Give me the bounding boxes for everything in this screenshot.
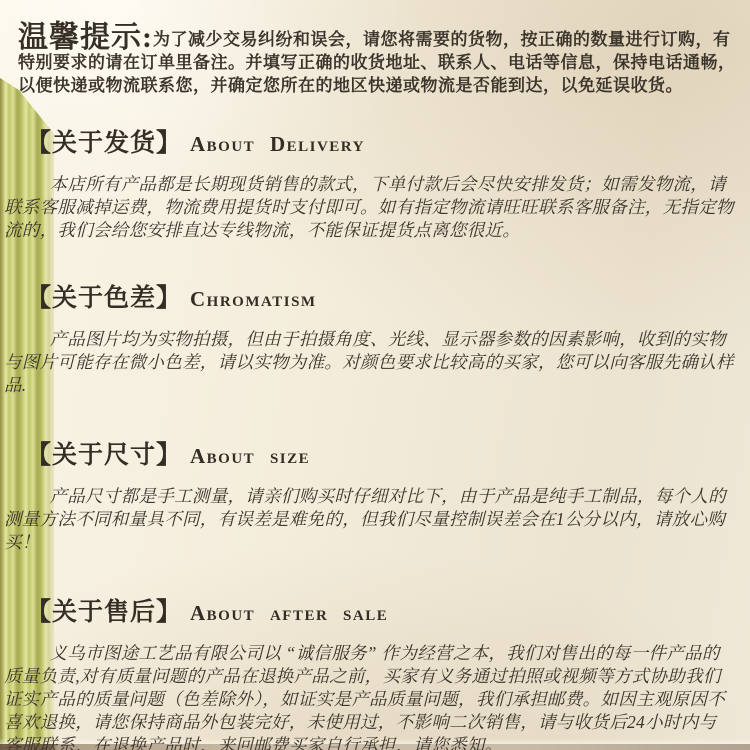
section-chromatism-header: 【关于色差】Chromatism xyxy=(26,284,736,314)
section-chromatism-body: 产品图片均为实物拍摄，但由于拍摄角度、光线、显示器参数的因素影响，收到的实物与图… xyxy=(4,328,736,397)
section-size: 【关于尺寸】About size 产品尺寸都是手工测量，请亲们购买时仔细对比下，… xyxy=(18,441,736,554)
section-chromatism-title-cn: 【关于色差】 xyxy=(26,285,182,312)
section-after-sale-body: 义乌市图途工艺品有限公司以 “诚信服务” 作为经营之本，我们对售出的每一件产品的… xyxy=(4,642,736,750)
section-delivery-body: 本店所有产品都是长期现货销售的款式，下单付款后会尽快安排发货；如需发物流，请联系… xyxy=(4,173,736,242)
warm-tips-title: 温馨提示: xyxy=(18,21,153,54)
section-after-sale-header: 【关于售后】About after sale xyxy=(26,598,736,628)
section-size-header: 【关于尺寸】About size xyxy=(26,441,736,471)
section-after-sale: 【关于售后】About after sale 义乌市图途工艺品有限公司以 “诚信… xyxy=(18,598,736,750)
section-size-title-en: About size xyxy=(190,444,310,468)
section-delivery: 【关于发货】About Delivery 本店所有产品都是长期现货销售的款式，下… xyxy=(18,129,736,242)
section-delivery-header: 【关于发货】About Delivery xyxy=(26,129,736,159)
section-chromatism-title-en: Chromatism xyxy=(190,287,317,311)
section-delivery-title-en: About Delivery xyxy=(190,132,365,156)
warm-tips-notice-page: 温馨提示:为了减少交易纠纷和误会，请您将需要的货物，按正确的数量进行订购，有特别… xyxy=(0,0,750,750)
section-size-title-cn: 【关于尺寸】 xyxy=(26,442,182,469)
section-chromatism: 【关于色差】Chromatism 产品图片均为实物拍摄，但由于拍摄角度、光线、显… xyxy=(18,284,736,397)
section-after-sale-title-cn: 【关于售后】 xyxy=(26,599,182,626)
section-size-body: 产品尺寸都是手工测量，请亲们购买时仔细对比下，由于产品是纯手工制品，每个人的测量… xyxy=(4,485,736,554)
notice-content: 温馨提示:为了减少交易纠纷和误会，请您将需要的货物，按正确的数量进行订购，有特别… xyxy=(0,0,750,750)
section-after-sale-title-en: About after sale xyxy=(190,601,388,625)
section-delivery-title-cn: 【关于发货】 xyxy=(26,130,182,157)
warm-tips-paragraph: 温馨提示:为了减少交易纠纷和误会，请您将需要的货物，按正确的数量进行订购，有特别… xyxy=(18,26,736,97)
